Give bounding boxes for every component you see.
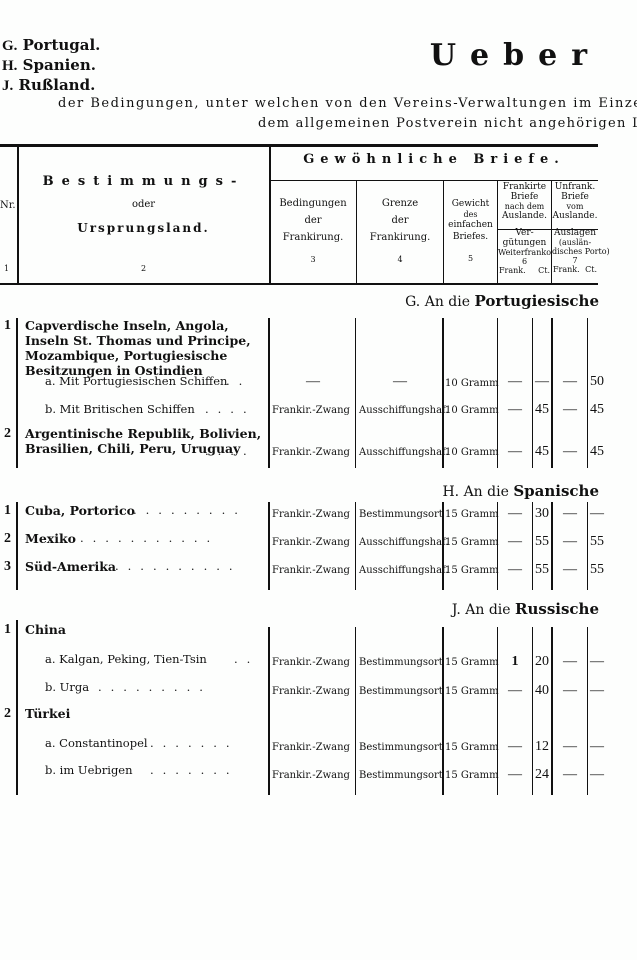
divider xyxy=(355,318,356,468)
col6-top4: Auslande. xyxy=(498,211,551,221)
heading-prefix: G. An die xyxy=(405,294,470,310)
cell-gewicht: 15 Gramm xyxy=(445,537,499,549)
cell-bed: Frankir.-Zwang xyxy=(272,405,350,417)
leader-dots: ......... xyxy=(133,503,247,517)
cell-bed: Frankir.-Zwang xyxy=(272,657,350,669)
col7-bot3: disches Porto) xyxy=(552,247,598,256)
section-heading-h: H. An die Spanische xyxy=(442,482,599,500)
cell-bed: Frankir.-Zwang xyxy=(272,742,350,754)
divider xyxy=(532,318,533,468)
divider xyxy=(355,502,356,590)
page-title: Ueber xyxy=(430,38,601,73)
cell-u-frank: — xyxy=(553,654,587,670)
col5-l1: Gewicht xyxy=(444,198,497,210)
cell-f-ct: 45 xyxy=(535,444,549,460)
cell-u-frank: — xyxy=(553,562,587,578)
col6-top1: Frankirte xyxy=(498,182,551,192)
heading-prefix: J. An die xyxy=(452,602,511,618)
row-nr: 3 xyxy=(4,559,11,575)
row-sub: b. Mit Britischen Schiffen xyxy=(45,402,195,416)
divider xyxy=(587,502,588,590)
cell-grenze: Bestimmungsort xyxy=(359,770,443,782)
cell-u-frank: — xyxy=(553,506,587,522)
col7-bot1: Auslagen xyxy=(552,228,598,238)
index-item-h: H. Spanien. xyxy=(2,56,100,76)
col-number: 2 xyxy=(18,264,269,273)
cell-grenze: Bestimmungsort xyxy=(359,742,443,754)
col4-l2: der xyxy=(357,215,443,227)
col6-top3: nach dem xyxy=(498,202,551,211)
cell-u-ct: — xyxy=(590,506,604,522)
divider xyxy=(442,318,444,468)
cell-u-ct: — xyxy=(590,654,604,670)
index-country: Portugal. xyxy=(23,36,101,54)
col-number: 7 xyxy=(552,256,598,265)
cell-grenze: Bestimmungsort xyxy=(359,509,443,521)
cell-u-ct: — xyxy=(590,767,604,783)
col7-top1: Unfrank. xyxy=(552,182,598,192)
leader-dots: .. xyxy=(226,374,251,388)
leader-dots: ......... xyxy=(98,680,212,694)
cell-bed: Frankir.-Zwang xyxy=(272,537,350,549)
divider xyxy=(268,502,270,590)
col6-bot1: Ver- xyxy=(498,228,551,238)
divider xyxy=(532,627,533,795)
leader-dots: .... xyxy=(205,444,256,458)
section-heading-g: G. An die Portugiesische xyxy=(405,292,599,310)
index-item-j: J. Rußland. xyxy=(2,76,100,96)
cell-u-ct: 50 xyxy=(590,374,604,390)
cell-u-ct: — xyxy=(590,683,604,699)
cell-bed: — xyxy=(270,374,356,390)
row-sub: b. im Uebrigen xyxy=(45,763,133,777)
group-rule xyxy=(270,180,598,181)
row-sub: b. Urga xyxy=(45,680,89,694)
col7-bot2: (auslän- xyxy=(552,238,598,247)
cell-u-ct: 55 xyxy=(590,534,604,550)
row-land: Mexiko xyxy=(25,531,76,546)
cell-gewicht: 10 Gramm xyxy=(445,378,499,390)
row-land: Türkei xyxy=(25,706,70,721)
cell-f-ct: 30 xyxy=(535,506,549,522)
cell-f-frank: — xyxy=(498,402,532,418)
col3-l2: der xyxy=(270,215,356,227)
col-land-header-1: Bestimmungs- xyxy=(18,174,269,189)
col4-l1: Grenze xyxy=(357,198,443,210)
divider xyxy=(587,318,588,468)
cell-gewicht: 10 Gramm xyxy=(445,405,499,417)
row-sub: a. Kalgan, Peking, Tien-Tsin xyxy=(45,652,207,666)
row-nr: 2 xyxy=(4,426,11,442)
index-letter: G. xyxy=(2,38,17,54)
divider xyxy=(268,318,270,468)
cell-grenze: Ausschiffungshaf. xyxy=(359,537,449,549)
divider xyxy=(16,502,18,590)
heading-bold: Portugiesische xyxy=(474,292,599,310)
heading-prefix: H. An die xyxy=(442,484,508,500)
col7-top2: Briefe xyxy=(552,192,598,202)
sub-frank: Frank. xyxy=(499,266,526,275)
cell-f-frank: — xyxy=(498,739,532,755)
row-nr: 2 xyxy=(4,706,11,722)
col-land-header-2: oder xyxy=(18,199,269,210)
row-nr: 1 xyxy=(4,318,11,334)
cell-gewicht: 15 Gramm xyxy=(445,509,499,521)
cell-gewicht: 15 Gramm xyxy=(445,657,499,669)
index-letter: J. xyxy=(2,78,13,94)
col-number: 5 xyxy=(444,253,497,265)
sub-ct: Ct. xyxy=(538,266,550,275)
cell-f-ct: 40 xyxy=(535,683,549,699)
divider xyxy=(16,318,18,468)
cell-bed: Frankir.-Zwang xyxy=(272,447,350,459)
col-number: 1 xyxy=(4,264,9,273)
cell-f-ct: 20 xyxy=(535,654,549,670)
divider xyxy=(16,620,18,795)
cell-f-frank: — xyxy=(498,562,532,578)
col4-l3: Frankirung. xyxy=(357,232,443,244)
col-nr-header: Nr. xyxy=(0,200,16,211)
col5-l2: des xyxy=(444,210,497,219)
index-item-g: G. Portugal. xyxy=(2,36,100,56)
index-letter: H. xyxy=(2,58,17,74)
cell-f-frank: 1 xyxy=(498,654,532,670)
col3-l1: Bedingungen xyxy=(270,198,356,210)
cell-f-frank: — xyxy=(498,767,532,783)
cell-gewicht: 15 Gramm xyxy=(445,742,499,754)
cell-f-ct: 55 xyxy=(535,562,549,578)
cell-f-ct: 45 xyxy=(535,402,549,418)
leader-dots: ........... xyxy=(80,531,219,545)
cell-grenze: Bestimmungsort xyxy=(359,686,443,698)
cell-gewicht: 15 Gramm xyxy=(445,565,499,577)
cell-gewicht: 10 Gramm xyxy=(445,447,499,459)
cell-bed: Frankir.-Zwang xyxy=(272,565,350,577)
leader-dots: ....... xyxy=(150,763,239,777)
header-bottom-rule xyxy=(0,283,598,285)
cell-u-ct: 45 xyxy=(590,444,604,460)
cell-gewicht: 15 Gramm xyxy=(445,770,499,782)
cell-f-frank: — xyxy=(498,534,532,550)
col3-header: Bedingungen der Frankirung. 3 xyxy=(270,198,356,266)
row-land: China xyxy=(25,622,66,637)
cell-u-frank: — xyxy=(553,374,587,390)
leader-dots: .......... xyxy=(115,559,242,573)
sub-label: a. Mit Portugiesischen Schiffen xyxy=(45,374,227,388)
cell-u-ct: 55 xyxy=(590,562,604,578)
divider xyxy=(17,147,19,283)
index-country: Spanien. xyxy=(23,56,96,74)
index-country: Rußland. xyxy=(18,76,95,94)
col4-header: Grenze der Frankirung. 4 xyxy=(357,198,443,266)
cell-f-ct: — xyxy=(533,374,551,390)
leader-dots: .... xyxy=(205,402,256,416)
col6-bot2: gütungen xyxy=(498,238,551,248)
col-land-header-3: Ursprungsland. xyxy=(18,221,269,235)
divider xyxy=(587,627,588,795)
cell-grenze: Ausschiffungshaf. xyxy=(359,447,449,459)
divider xyxy=(355,627,356,795)
sub-frank: Frank. xyxy=(553,265,580,274)
cell-f-ct: 55 xyxy=(535,534,549,550)
cell-u-ct: 45 xyxy=(590,402,604,418)
row-sub: a. Constantinopel xyxy=(45,736,148,750)
col7-top3: vom xyxy=(552,202,598,211)
divider xyxy=(268,627,270,795)
cell-u-frank: — xyxy=(553,444,587,460)
cell-f-frank: — xyxy=(498,683,532,699)
cell-f-ct: 24 xyxy=(535,767,549,783)
col7-subheads: Frank.Ct. xyxy=(552,265,598,274)
col6-bot3: Weiterfranko xyxy=(498,248,551,257)
cell-grenze: Ausschiffungshaf. xyxy=(359,565,449,577)
col6-top2: Briefe xyxy=(498,192,551,202)
cell-u-ct: — xyxy=(590,739,604,755)
row-land: Cuba, Portorico xyxy=(25,503,135,518)
cell-f-frank: — xyxy=(498,374,532,390)
group-header: Gewöhnliche Briefe. xyxy=(270,152,598,167)
table-top-rule xyxy=(0,144,598,147)
col-number: 4 xyxy=(357,254,443,266)
subtitle-line-2: dem allgemeinen Postverein nicht angehör… xyxy=(258,116,637,131)
cell-grenze: Ausschiffungshaf. xyxy=(359,405,449,417)
col5-header: Gewicht des einfachen Briefes. 5 xyxy=(444,198,497,265)
country-index: G. Portugal. H. Spanien. J. Rußland. xyxy=(2,36,100,96)
cell-f-frank: — xyxy=(498,506,532,522)
col6-subheads: Frank.Ct. xyxy=(498,266,551,275)
col7-top4: Auslande. xyxy=(552,211,598,221)
cell-bed: Frankir.-Zwang xyxy=(272,770,350,782)
cell-f-ct: 12 xyxy=(535,739,549,755)
divider xyxy=(532,502,533,590)
cell-bed: Frankir.-Zwang xyxy=(272,509,350,521)
col5-l4: Briefes. xyxy=(444,231,497,243)
col5-l3: einfachen xyxy=(444,219,497,231)
cell-grenze: Bestimmungsort xyxy=(359,657,443,669)
cell-gewicht: 15 Gramm xyxy=(445,686,499,698)
cell-u-frank: — xyxy=(553,739,587,755)
leader-dots: .. xyxy=(234,652,259,666)
col6-header: Frankirte Briefe nach dem Auslande. Ver-… xyxy=(498,182,551,275)
cell-u-frank: — xyxy=(553,683,587,699)
col-number: 6 xyxy=(498,257,551,266)
heading-bold: Spanische xyxy=(513,482,599,500)
row-nr: 2 xyxy=(4,531,11,547)
row-land: Capverdische Inseln, Angola, Inseln St. … xyxy=(25,318,263,378)
col-number: 3 xyxy=(270,254,356,266)
cell-u-frank: — xyxy=(553,402,587,418)
cell-grenze: — xyxy=(357,374,443,390)
cell-f-frank: — xyxy=(498,444,532,460)
col3-l3: Frankirung. xyxy=(270,232,356,244)
col7-header: Unfrank. Briefe vom Auslande. Auslagen (… xyxy=(552,182,598,274)
row-nr: 1 xyxy=(4,503,11,519)
subtitle-line-1: der Bedingungen, unter welchen von den V… xyxy=(58,96,637,111)
cell-u-frank: — xyxy=(553,767,587,783)
row-sub: a. Mit Portugiesischen Schiffen xyxy=(45,374,227,388)
cell-bed: Frankir.-Zwang xyxy=(272,686,350,698)
heading-bold: Russische xyxy=(515,600,599,618)
row-nr: 1 xyxy=(4,622,11,638)
cell-u-frank: — xyxy=(553,534,587,550)
row-land: Süd-Amerika xyxy=(25,559,116,574)
leader-dots: ....... xyxy=(150,736,239,750)
section-heading-j: J. An die Russische xyxy=(452,600,599,618)
sub-ct: Ct. xyxy=(585,265,597,274)
